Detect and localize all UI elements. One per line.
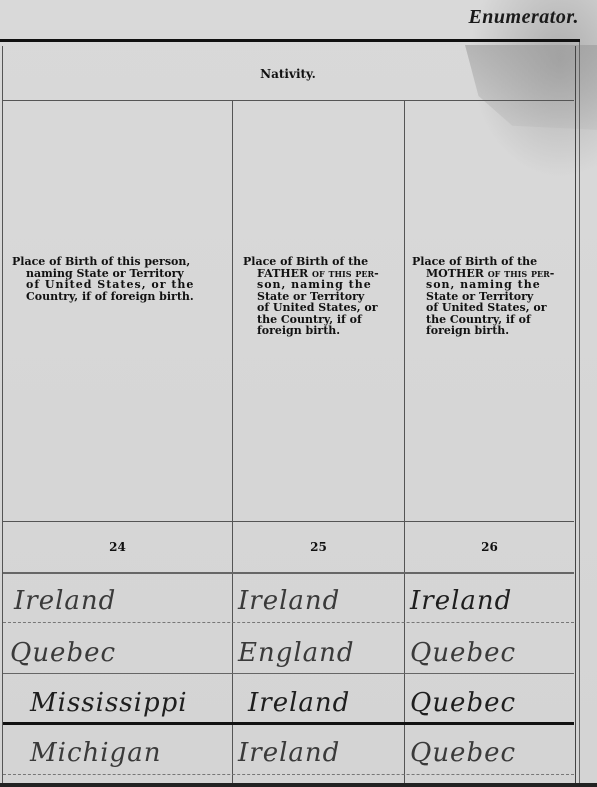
column-divider: [404, 101, 405, 787]
row-2-person-birthplace: Quebec: [10, 638, 116, 668]
family-separator: [3, 722, 574, 725]
heading-line: of United States, or: [243, 302, 403, 314]
row-1-father-birthplace: Ireland: [238, 586, 340, 616]
heading-line: son, naming the: [243, 279, 403, 291]
row-3-father-birthplace: Ireland: [248, 688, 350, 718]
row-3-mother-birthplace: Quebec: [410, 688, 516, 718]
top-rule: [0, 39, 580, 42]
census-page: Enumerator. Nativity. Place of Birth of …: [0, 0, 597, 787]
heading-line: foreign birth.: [243, 325, 403, 337]
heading-line: of United States, or the: [12, 279, 227, 291]
row-3-person-birthplace: Mississippi: [30, 688, 188, 718]
row-4-father-birthplace: Ireland: [238, 738, 340, 768]
column-heading-25: Place of Birth of the FATHER of this per…: [243, 256, 403, 337]
row-4-mother-birthplace: Quebec: [410, 738, 516, 768]
divider: [3, 100, 574, 101]
heading-line: Place of Birth of the: [243, 256, 403, 268]
heading-line: Country, if of foreign birth.: [12, 291, 227, 303]
heading-line: Place of Birth of the: [412, 256, 572, 268]
row-separator: [3, 622, 574, 623]
divider: [3, 572, 574, 574]
row-1-person-birthplace: Ireland: [14, 586, 116, 616]
row-2-father-birthplace: England: [238, 638, 355, 668]
section-title: Nativity.: [3, 47, 573, 100]
row-2-mother-birthplace: Quebec: [410, 638, 516, 668]
column-number-26: 26: [405, 522, 574, 572]
column-heading-26: Place of Birth of the MOTHER of this per…: [412, 256, 572, 337]
row-separator: [3, 774, 574, 775]
heading-line: son, naming the: [412, 279, 572, 291]
enumerator-heading: Enumerator.: [468, 6, 579, 29]
outer-border: [579, 42, 580, 787]
column-heading-24: Place of Birth of this person, naming St…: [12, 256, 227, 302]
column-divider: [232, 101, 233, 787]
row-4-person-birthplace: Michigan: [30, 738, 161, 768]
column-number-25: 25: [233, 522, 404, 572]
scan-edge: [0, 783, 597, 787]
row-1-mother-birthplace: Ireland: [410, 586, 512, 616]
heading-line: Place of Birth of this person,: [12, 256, 227, 268]
heading-line: foreign birth.: [412, 325, 572, 337]
column-number-24: 24: [3, 522, 232, 572]
heading-line: of United States, or: [412, 302, 572, 314]
row-separator: [3, 673, 574, 674]
table-frame: [2, 46, 576, 787]
